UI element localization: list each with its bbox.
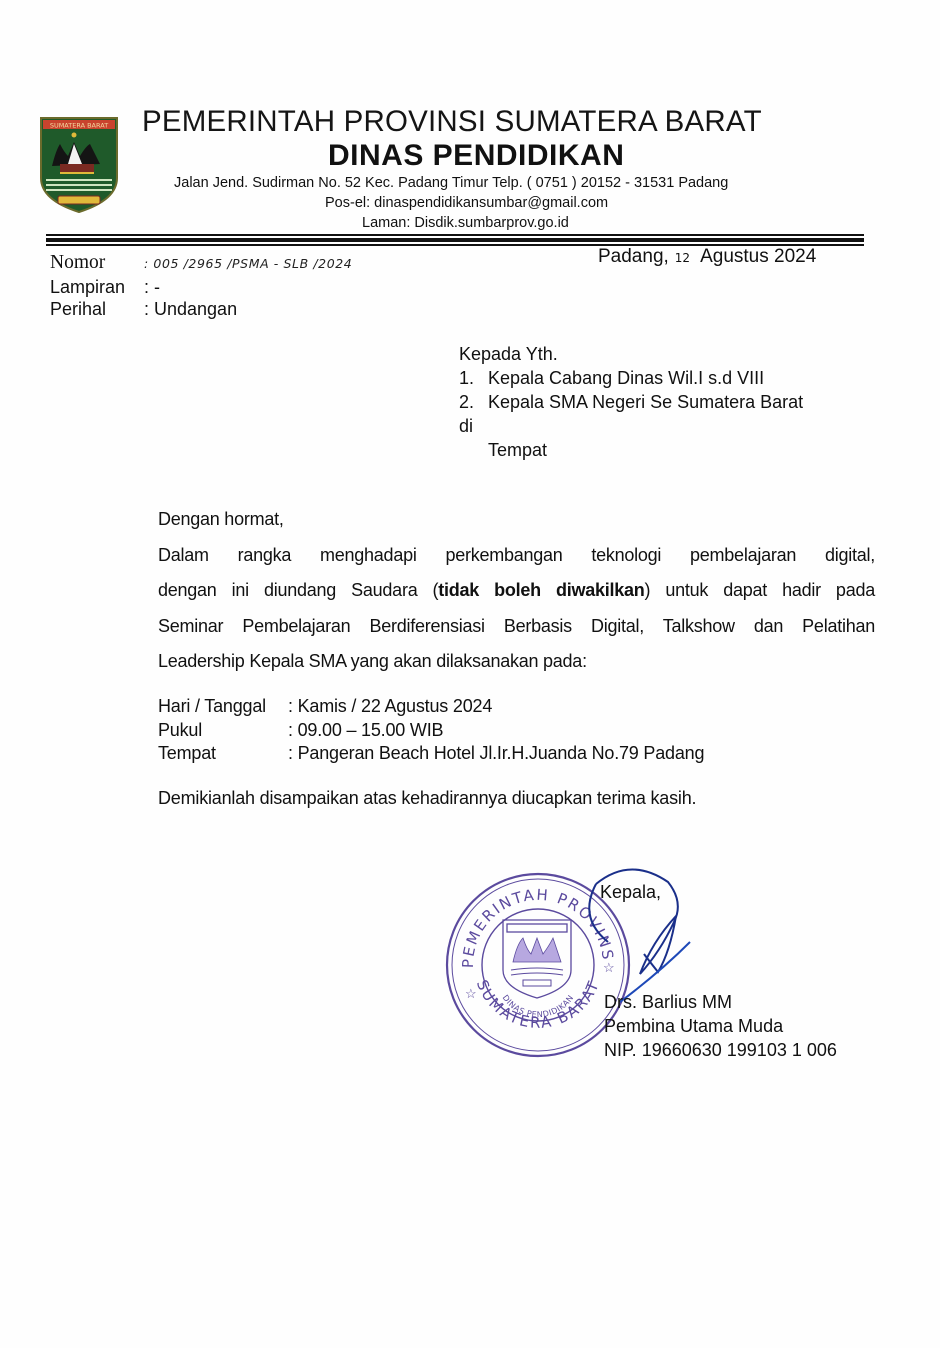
nomor-label: Nomor [50, 252, 144, 274]
recipient-place: Tempat [459, 438, 803, 462]
date-month-year: Agustus 2024 [700, 246, 816, 267]
perihal-label: Perihal [50, 299, 144, 320]
lampiran-value: : - [144, 277, 160, 297]
letter-body: Dengan hormat, Dalam rangka menghadapi p… [158, 502, 875, 680]
signatory-name: Drs. Barlius MM [604, 990, 837, 1014]
recipient-block: Kepada Yth. 1.Kepala Cabang Dinas Wil.I … [459, 342, 803, 462]
letterhead-divider [46, 238, 864, 242]
body-line: Dalam rangka menghadapi perkembangan tek… [158, 538, 875, 574]
recipient-di: di [459, 414, 803, 438]
date-day: 12 [675, 251, 690, 265]
provincial-coat-of-arms-icon: SUMATERA BARAT [38, 116, 120, 214]
agency-name: DINAS PENDIDIKAN [328, 139, 624, 173]
signatory-nip: NIP. 19660630 199103 1 006 [604, 1038, 837, 1062]
recipient-salutation: Kepada Yth. [459, 342, 803, 366]
letterhead-divider [46, 234, 864, 236]
nomor-value: : 005 /2965 /PSMA - SLB /2024 [144, 256, 352, 271]
signatory-block: Drs. Barlius MM Pembina Utama Muda NIP. … [604, 990, 837, 1062]
agency-website: Laman: Disdik.sumbarprov.go.id [362, 215, 569, 231]
date-place: Padang, [598, 246, 669, 267]
lampiran-label: Lampiran [50, 277, 144, 298]
agency-email: Pos-el: dinaspendidikansumbar@gmail.com [325, 195, 608, 211]
recipient-item: 1.Kepala Cabang Dinas Wil.I s.d VIII [459, 366, 803, 390]
event-row-time: Pukul: 09.00 – 15.00 WIB [158, 719, 704, 743]
recipient-item: 2.Kepala SMA Negeri Se Sumatera Barat [459, 390, 803, 414]
letter-date: Padang,12Agustus 2024 [598, 246, 816, 268]
event-details: Hari / Tanggal: Kamis / 22 Agustus 2024 … [158, 695, 704, 766]
emphasis-not-delegable: tidak boleh diwakilkan [438, 580, 644, 600]
event-row-venue: Tempat: Pangeran Beach Hotel Jl.Ir.H.Jua… [158, 742, 704, 766]
agency-address: Jalan Jend. Sudirman No. 52 Kec. Padang … [174, 175, 728, 191]
meta-perihal: Perihal: Undangan [50, 299, 237, 320]
greeting: Dengan hormat, [158, 502, 875, 538]
signatory-rank: Pembina Utama Muda [604, 1014, 837, 1038]
government-name: PEMERINTAH PROVINSI SUMATERA BARAT [142, 105, 762, 139]
perihal-value: : Undangan [144, 299, 237, 319]
closing-sentence: Demikianlah disampaikan atas kehadiranny… [158, 788, 696, 809]
meta-lampiran: Lampiran: - [50, 277, 160, 298]
body-line: dengan ini diundang Saudara (tidak boleh… [158, 573, 875, 609]
event-row-date: Hari / Tanggal: Kamis / 22 Agustus 2024 [158, 695, 704, 719]
meta-nomor: Nomor: 005 /2965 /PSMA - SLB /2024 [50, 252, 352, 274]
svg-text:SUMATERA BARAT: SUMATERA BARAT [50, 122, 108, 130]
body-line: Seminar Pembelajaran Berdiferensiasi Ber… [158, 609, 875, 645]
signatory-title: Kepala, [600, 882, 661, 903]
svg-text:☆: ☆ [465, 986, 477, 1001]
body-line: Leadership Kepala SMA yang akan dilaksan… [158, 644, 875, 680]
